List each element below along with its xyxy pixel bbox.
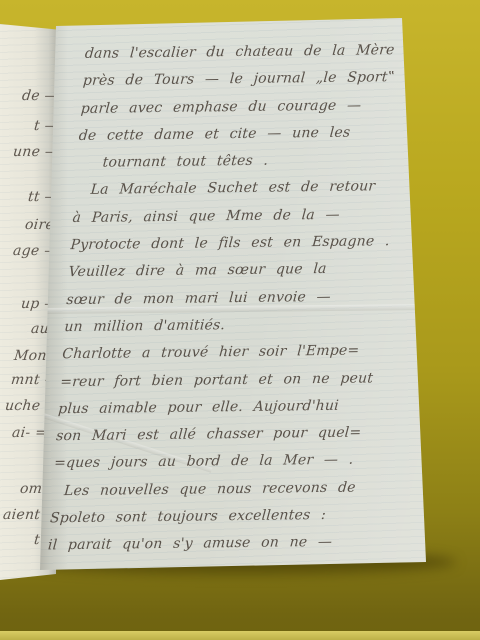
handwriting-line: il parait qu'on s'y amuse on ne — [46, 533, 398, 565]
handwriting-line: à Paris, ainsi que Mme de la — [71, 206, 423, 238]
handwriting-line: parle avec emphase du courage — [79, 96, 431, 128]
handwriting-line: Veuillez dire à ma sœur que la [67, 260, 419, 292]
handwriting-line: tournant tout têtes . [75, 151, 427, 183]
letter-page: dans l'escalier du chateau de la Mère — … [36, 10, 434, 572]
handwriting-line: près de Tours — le journal „le Sport‟ „ [81, 69, 433, 101]
handwriting-line: sœur de mon mari lui envoie — [65, 288, 417, 320]
handwriting-line: Spoleto sont toujours excellentes : [49, 506, 401, 538]
handwriting-line: son Mari est allé chasser pour quel= [55, 424, 407, 456]
handwriting-line: dans l'escalier du chateau de la Mère — [83, 42, 435, 74]
handwritten-text: dans l'escalier du chateau de la Mère — … [46, 42, 435, 565]
handwriting-line: =reur fort bien portant et on ne peut [59, 369, 411, 401]
photo-letter-scene: de — t — une — tt — oire, age — up — auf… [0, 0, 480, 640]
handwriting-line: plus aimable pour elle. Aujourd'hui [57, 397, 409, 429]
table-edge-highlight [0, 631, 480, 640]
handwriting-line: Charlotte a trouvé hier soir l'Empe= [61, 342, 413, 374]
handwriting-line: un million d'amitiés. [63, 315, 415, 347]
handwriting-line: Pyrotocte dont le fils est en Espagne . [69, 233, 421, 265]
handwriting-line: Les nouvelles que nous recevons de [51, 479, 403, 511]
handwriting-line: =ques jours au bord de la Mer — . [53, 451, 405, 483]
handwriting-line: La Maréchale Suchet est de retour [73, 178, 425, 210]
handwriting-line: de cette dame et cite — une les [77, 124, 429, 156]
